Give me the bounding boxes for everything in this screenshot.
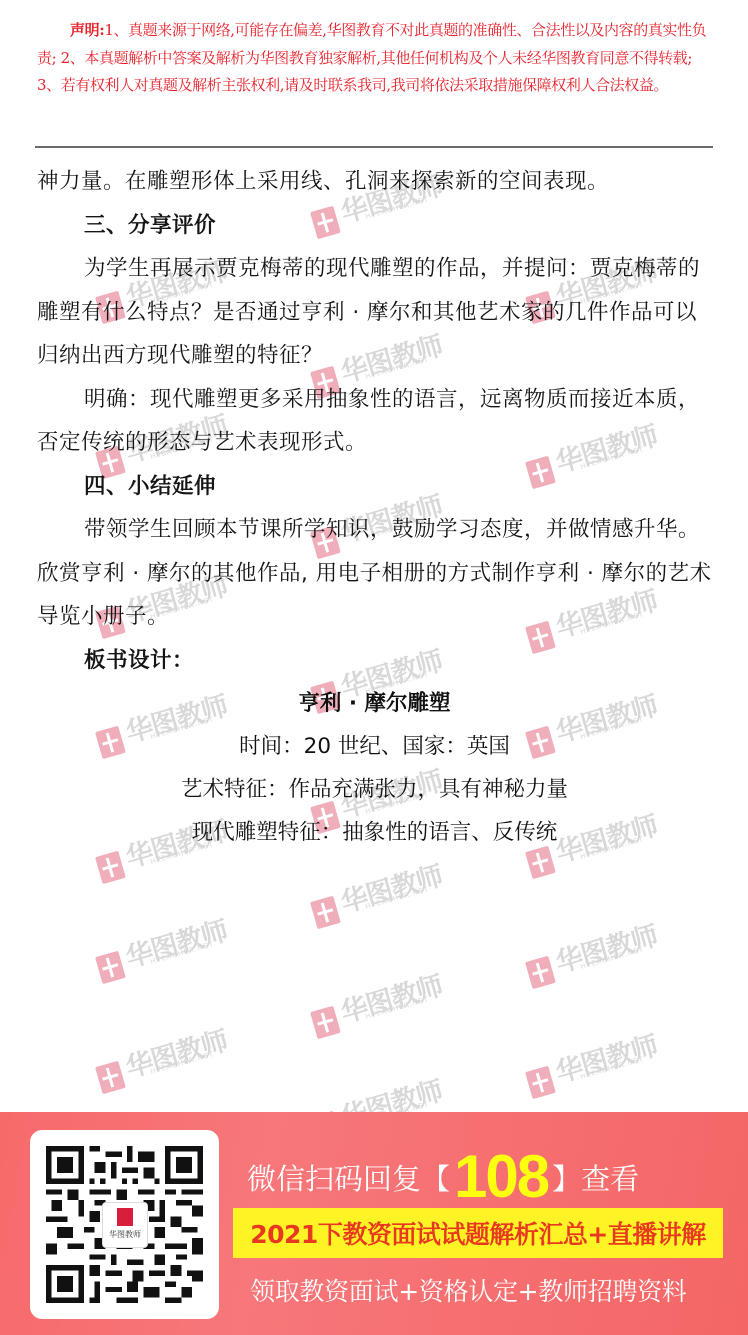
watermark: 华图教师HTEACHER.NET xyxy=(521,913,659,993)
brand-logo-icon xyxy=(95,951,126,985)
section-paragraph-share: 为学生再展示贾克梅蒂的现代雕塑的作品，并提问：贾克梅蒂的雕塑有什么特点？是否通过… xyxy=(37,247,712,378)
qr-code-card[interactable]: 华图教师 xyxy=(30,1130,219,1319)
document-body: 神力量。在雕塑形体上采用线、孔洞来探索新的空间表现。 三、分享评价 为学生再展示… xyxy=(37,160,712,854)
cta-prefix: 微信扫码回复【 xyxy=(247,1157,450,1198)
cta-line: 微信扫码回复【 108 】查看 xyxy=(247,1147,639,1207)
section-heading-share: 三、分享评价 xyxy=(37,204,712,248)
brand-logo-icon xyxy=(95,1061,126,1095)
disclaimer-text: 1、真题来源于网络,可能存在偏差,华图教育不对此真题的准确性、合法性以及内容的真… xyxy=(37,21,706,94)
board-label: 板书设计： xyxy=(37,639,712,683)
brand-logo-icon xyxy=(310,1006,341,1040)
watermark: 华图教师HTEACHER.NET xyxy=(306,853,444,933)
promo-banner[interactable]: 华图教师 微信扫码回复【 108 】查看 2021下教资面试试题解析汇总+直播讲… xyxy=(0,1112,748,1335)
divider xyxy=(35,146,713,148)
board-title: 亨利 · 摩尔雕塑 xyxy=(37,682,712,725)
board-line: 现代雕塑特征：抽象性的语言、反传统 xyxy=(37,811,712,854)
disclaimer-lead: 声明: xyxy=(70,21,104,39)
brand-logo-icon xyxy=(525,956,556,990)
brand-logo-icon xyxy=(95,851,126,885)
continuation-text: 神力量。在雕塑形体上采用线、孔洞来探索新的空间表现。 xyxy=(37,160,712,204)
clarify-paragraph: 明确：现代雕塑更多采用抽象性的语言，远离物质而接近本质，否定传统的形态与艺术表现… xyxy=(37,378,712,465)
brand-logo-icon xyxy=(117,1208,133,1226)
qr-center-logo: 华图教师 xyxy=(102,1202,148,1248)
board-line: 艺术特征：作品充满张力，具有神秘力量 xyxy=(37,768,712,811)
watermark: 华图教师HTEACHER.NET xyxy=(91,908,229,988)
board-design: 亨利 · 摩尔雕塑 时间：20 世纪、国家：英国 艺术特征：作品充满张力，具有神… xyxy=(37,682,712,854)
cta-suffix: 】查看 xyxy=(552,1157,639,1198)
banner-subtext: 领取教资面试+资格认定+教师招聘资料 xyxy=(250,1272,687,1308)
disclaimer: 声明:1、真题来源于网络,可能存在偏差,华图教育不对此真题的准确性、合法性以及内… xyxy=(37,17,712,100)
brand-logo-icon xyxy=(525,1066,556,1100)
watermark: 华图教师HTEACHER.NET xyxy=(306,963,444,1043)
section-paragraph-summary: 带领学生回顾本节课所学知识，鼓励学习态度，并做情感升华。欣赏亨利 · 摩尔的其他… xyxy=(37,508,712,639)
section-heading-summary: 四、小结延伸 xyxy=(37,465,712,509)
highlight-text: 2021下教资面试试题解析汇总+直播讲解 xyxy=(250,1215,706,1251)
highlight-box: 2021下教资面试试题解析汇总+直播讲解 xyxy=(233,1208,723,1258)
watermark: 华图教师HTEACHER.NET xyxy=(91,1018,229,1098)
brand-logo-icon xyxy=(310,896,341,930)
reply-code: 108 xyxy=(454,1147,548,1207)
watermark: 华图教师HTEACHER.NET xyxy=(521,1023,659,1103)
board-line: 时间：20 世纪、国家：英国 xyxy=(37,725,712,768)
